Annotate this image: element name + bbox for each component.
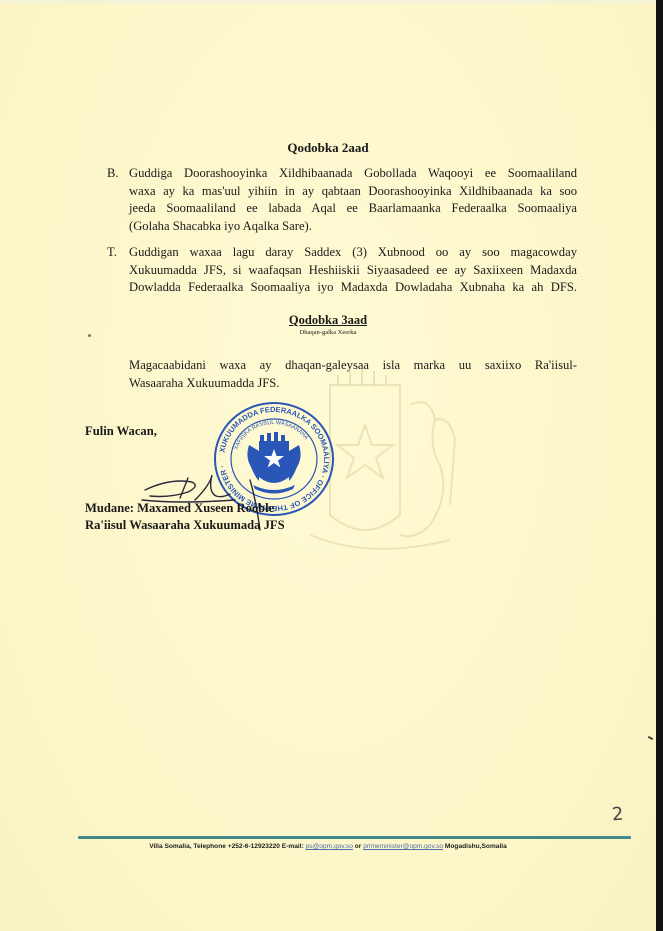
page-number: 2 bbox=[611, 804, 624, 826]
clause-line: (Golaha Shacabka iyo Aqalka Sare). bbox=[129, 218, 577, 236]
footer-email-ps[interactable]: ps@opm.gov.so bbox=[306, 843, 353, 850]
signatory-title: Ra'iisul Wasaaraha Xukuumada JFS bbox=[85, 517, 285, 534]
scan-edge bbox=[0, 0, 656, 6]
footer-separator: or bbox=[355, 843, 362, 850]
clause-marker: B. bbox=[107, 165, 119, 183]
document-page: Qodobka 2aad B. Guddiga Doorashooyinka X… bbox=[0, 0, 656, 931]
signatory-name: Mudane: Maxamed Xuseen Rooble bbox=[85, 500, 285, 517]
clause-line: Dowladda Federaalka Soomaaliya iyo Madax… bbox=[129, 279, 577, 297]
signatory-block: Mudane: Maxamed Xuseen Rooble Ra'iisul W… bbox=[85, 500, 285, 534]
footer-city: Mogadishu,Somalia bbox=[445, 843, 507, 850]
footer-rule bbox=[78, 836, 631, 839]
clause-line: waxa ay ka mas'uul yihiin in ay qabtaan … bbox=[129, 183, 577, 201]
clause-line: Xukuumadda JFS, si waafaqsan Heshiiskii … bbox=[129, 262, 577, 280]
section-3-heading: Qodobka 3aad bbox=[0, 313, 656, 328]
clause-marker: T. bbox=[107, 244, 117, 262]
paragraph-line: Magacaabidani waxa ay dhaqan-galeysaa is… bbox=[129, 357, 577, 375]
scan-mark bbox=[648, 736, 653, 740]
footer-email-pm[interactable]: primeminister@opm.gov.so bbox=[363, 843, 443, 850]
clause-line: Guddiga Doorashooyinka Xildhibaanada Gob… bbox=[129, 165, 577, 183]
paragraph-line: Wasaaraha Xukuumadda JFS. bbox=[129, 375, 577, 393]
clause-t: T. Guddigan waxaa lagu daray Saddex (3) … bbox=[107, 244, 577, 297]
clause-b: B. Guddiga Doorashooyinka Xildhibaanada … bbox=[107, 165, 577, 235]
section-3-paragraph: Magacaabidani waxa ay dhaqan-galeysaa is… bbox=[129, 357, 577, 392]
clause-line: Guddigan waxaa lagu daray Saddex (3) Xub… bbox=[129, 244, 577, 262]
section-3-subheading: Dhaqan-galka Xeerka bbox=[0, 329, 656, 336]
closing-salutation: Fulin Wacan, bbox=[85, 424, 157, 439]
footer-address: Villa Somalia, Telephone +252-6-12923220… bbox=[149, 843, 304, 850]
footer-contact: Villa Somalia, Telephone +252-6-12923220… bbox=[0, 843, 656, 850]
section-2-heading: Qodobka 2aad bbox=[0, 140, 656, 156]
clause-line: jeeda Soomaaliland ee labada Aqal ee Baa… bbox=[129, 200, 577, 218]
